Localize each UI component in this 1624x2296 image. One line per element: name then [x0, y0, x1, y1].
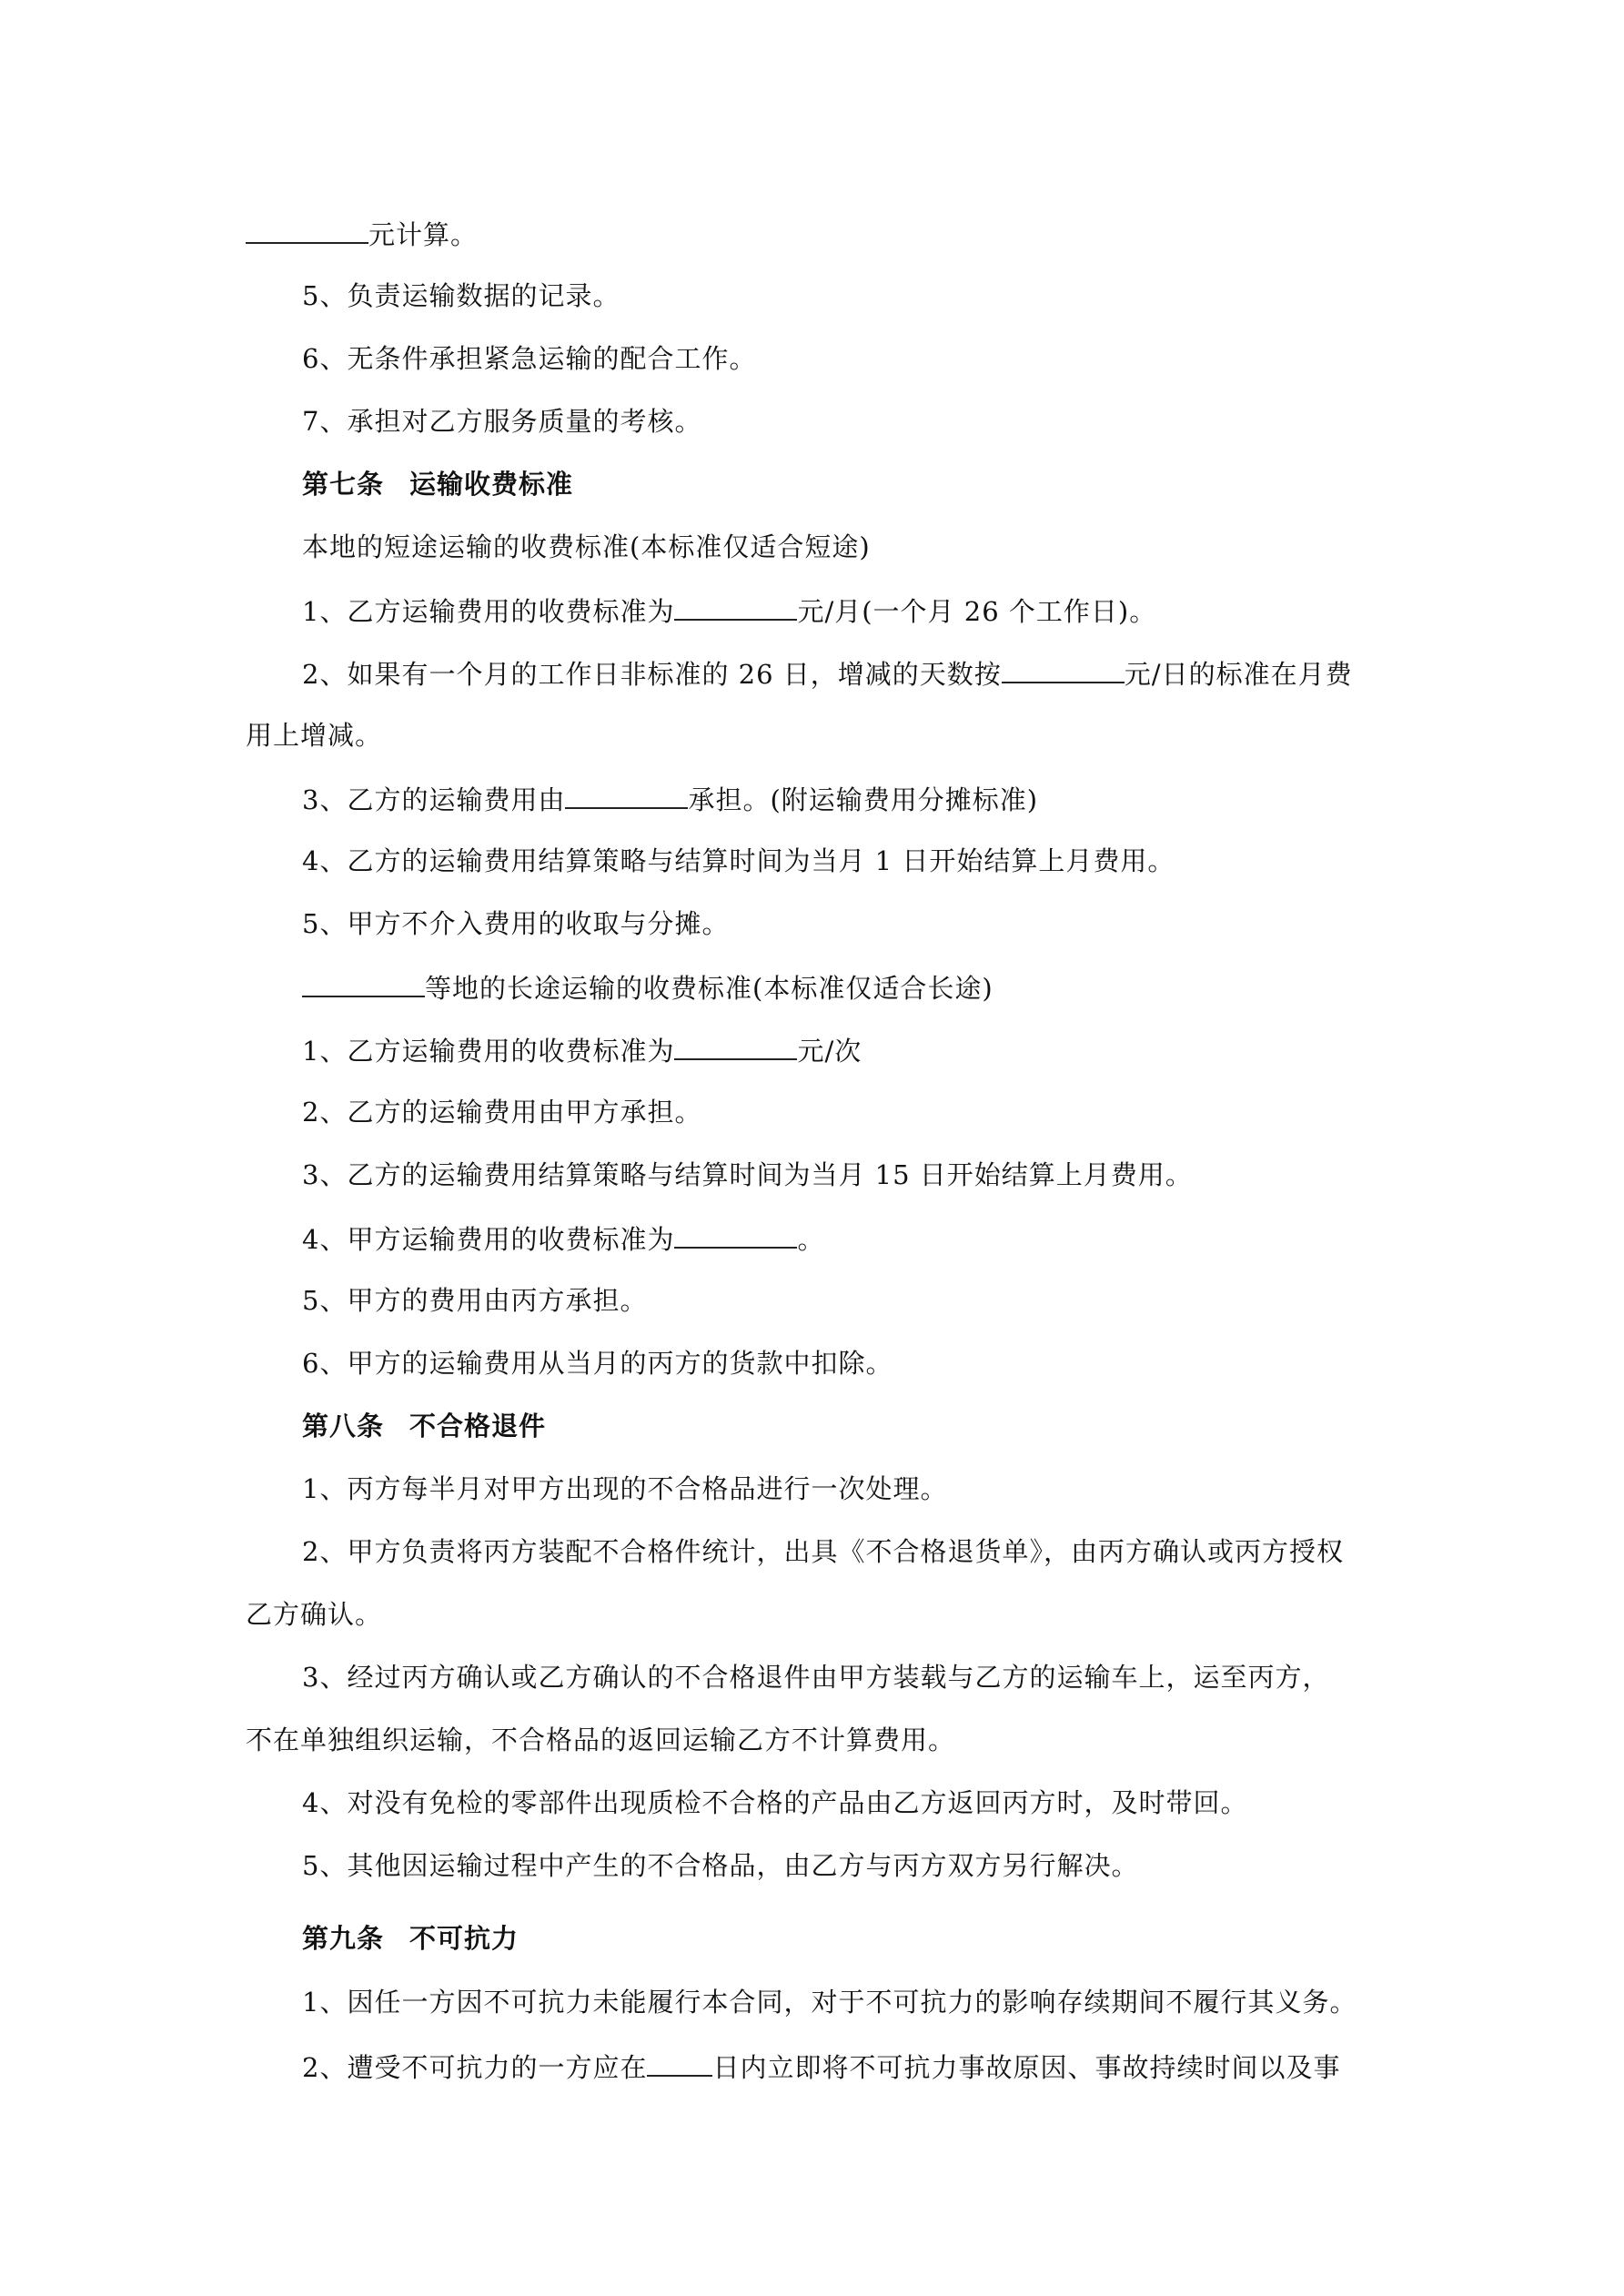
local-intro: 本地的短途运输的收费标准(本标准仅适合短途) — [302, 529, 871, 565]
long-intro: 等地的长途运输的收费标准(本标准仅适合长途) — [302, 968, 994, 1006]
fill-in-blank[interactable] — [302, 968, 425, 997]
fill-in-blank[interactable] — [1002, 654, 1125, 683]
article-number: 第八条 — [302, 1411, 384, 1441]
article-9-heading: 第九条不可抗力 — [302, 1920, 519, 1957]
list-item: 2、乙方的运输费用由甲方承担。 — [302, 1094, 701, 1130]
article-number: 第九条 — [302, 1923, 384, 1954]
article-title: 运输收费标准 — [409, 469, 573, 500]
article-8-heading: 第八条不合格退件 — [302, 1408, 546, 1444]
line-text: 1、乙方运输费用的收费标准为 — [302, 1036, 674, 1067]
list-item: 7、承担对乙方服务质量的考核。 — [302, 403, 701, 440]
article-number: 第七条 — [302, 469, 384, 500]
list-item: 1、乙方运输费用的收费标准为元/次 — [302, 1031, 862, 1069]
list-item: 3、经过丙方确认或乙方确认的不合格退件由甲方装载与乙方的运输车上，运至丙方， — [302, 1659, 1329, 1695]
list-item: 5、甲方的费用由丙方承担。 — [302, 1282, 647, 1319]
article-7-heading: 第七条运输收费标准 — [302, 466, 573, 502]
list-item: 5、负责运输数据的记录。 — [302, 278, 620, 314]
line-text: 元计算。 — [368, 219, 478, 250]
line-text: 承担。(附运输费用分摊标准) — [688, 784, 1038, 815]
line-text: 。 — [797, 1224, 824, 1255]
list-item: 5、甲方不介入费用的收取与分摊。 — [302, 905, 729, 942]
list-item: 6、无条件承担紧急运输的配合工作。 — [302, 340, 756, 377]
article-title: 不合格退件 — [409, 1411, 546, 1441]
fill-in-blank[interactable] — [674, 1031, 797, 1060]
document-page: 元计算。 5、负责运输数据的记录。 6、无条件承担紧急运输的配合工作。 7、承担… — [0, 0, 1624, 2296]
list-item: 2、如果有一个月的工作日非标准的 26 日，增减的天数按元/日的标准在月费 — [302, 654, 1353, 693]
continuation-line: 乙方确认。 — [246, 1596, 382, 1633]
list-item: 1、乙方运输费用的收费标准为元/月(一个月 26 个工作日)。 — [302, 592, 1156, 630]
continuation-line: 不在单独组织运输，不合格品的返回运输乙方不计算费用。 — [246, 1722, 955, 1758]
line-text: 元/月(一个月 26 个工作日)。 — [797, 596, 1156, 627]
line-text: 等地的长途运输的收费标准(本标准仅适合长途) — [425, 973, 994, 1004]
fill-in-blank[interactable] — [565, 780, 688, 809]
list-item: 6、甲方的运输费用从当月的丙方的货款中扣除。 — [302, 1345, 893, 1381]
continuation-line: 用上增减。 — [246, 717, 382, 754]
line-text: 元/日的标准在月费 — [1125, 659, 1353, 690]
line-text: 元/次 — [797, 1036, 862, 1067]
article-title: 不可抗力 — [409, 1923, 519, 1954]
list-item: 4、甲方运输费用的收费标准为。 — [302, 1219, 824, 1258]
line-text: 4、甲方运输费用的收费标准为 — [302, 1224, 674, 1255]
list-item: 4、对没有免检的零部件出现质检不合格的产品由乙方返回丙方时，及时带回。 — [302, 1785, 1247, 1821]
list-item: 3、乙方的运输费用由承担。(附运输费用分摊标准) — [302, 780, 1038, 818]
list-item: 1、丙方每半月对甲方出现的不合格品进行一次处理。 — [302, 1471, 947, 1507]
continuation-line: 元计算。 — [246, 215, 478, 253]
fill-in-blank[interactable] — [674, 1219, 797, 1249]
fill-in-blank[interactable] — [674, 592, 797, 621]
line-text: 2、遭受不可抗力的一方应在 — [302, 2052, 647, 2083]
list-item: 1、因任一方因不可抗力未能履行本合同，对于不可抗力的影响存续期间不履行其义务。 — [302, 1984, 1357, 2020]
line-text: 2、如果有一个月的工作日非标准的 26 日，增减的天数按 — [302, 659, 1002, 690]
list-item: 5、其他因运输过程中产生的不合格品，由乙方与丙方双方另行解决。 — [302, 1847, 1138, 1884]
list-item: 4、乙方的运输费用结算策略与结算时间为当月 1 日开始结算上月费用。 — [302, 843, 1175, 879]
list-item: 2、遭受不可抗力的一方应在日内立即将不可抗力事故原因、事故持续时间以及事 — [302, 2048, 1340, 2086]
list-item: 3、乙方的运输费用结算策略与结算时间为当月 15 日开始结算上月费用。 — [302, 1157, 1193, 1193]
line-text: 日内立即将不可抗力事故原因、事故持续时间以及事 — [712, 2052, 1340, 2083]
fill-in-blank[interactable] — [647, 2048, 712, 2077]
list-item: 2、甲方负责将丙方装配不合格件统计，出具《不合格退货单》，由丙方确认或丙方授权 — [302, 1533, 1344, 1570]
fill-in-blank[interactable] — [246, 215, 368, 244]
line-text: 1、乙方运输费用的收费标准为 — [302, 596, 674, 627]
line-text: 3、乙方的运输费用由 — [302, 784, 565, 815]
